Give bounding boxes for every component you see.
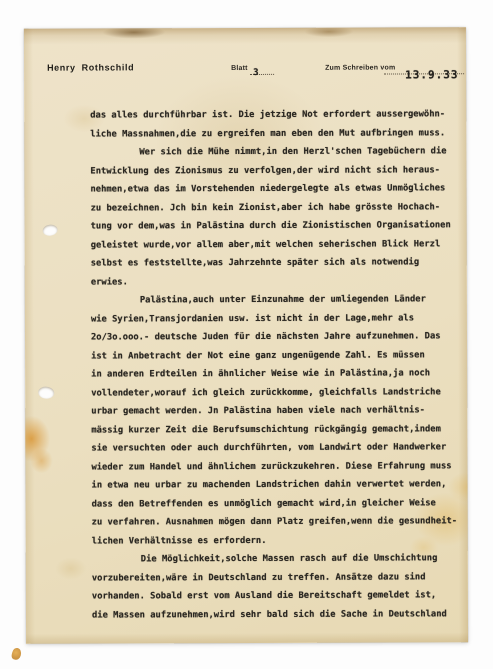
- text-line: zu bezeichnen. Jch bin kein Zionist,aber…: [91, 198, 463, 218]
- text-line: ist in Anbetracht der Not eine ganz unge…: [91, 346, 463, 366]
- text-line: das alles durchführbar ist. Die jetzige …: [90, 105, 462, 125]
- punch-hole-bottom: [38, 386, 55, 400]
- text-line: tung vor dem,was in Palästina durch die …: [91, 216, 463, 236]
- text-line: liche Massnahmen,die zu ergreifen man eb…: [90, 124, 462, 144]
- text-line: nehmen,etwa das im Vorstehenden niederge…: [90, 179, 462, 199]
- scan-artifact: [11, 647, 23, 661]
- text-line: selbst es feststellte,was Jahrzehnte spä…: [91, 253, 463, 273]
- text-line: mässig kurzer Zeit die Berufsumschichtun…: [91, 420, 463, 440]
- scan-background: Henry Rothschild Blatt 3 Zum Schreiben v…: [0, 0, 493, 669]
- text-line: wie Syrien,Transjordanien usw. ist nicht…: [91, 309, 463, 329]
- letter-page: Henry Rothschild Blatt 3 Zum Schreiben v…: [24, 27, 468, 644]
- letter-body: das alles durchführbar ist. Die jetzige …: [90, 105, 464, 624]
- text-line: erwies.: [91, 272, 463, 292]
- text-line: lichen Verhältnisse es erfordern.: [92, 531, 464, 551]
- text-line: urbar gemacht werden. Jn Palästina haben…: [91, 401, 463, 421]
- text-line: wieder zum Handel und ähnlichem zurückzu…: [91, 457, 463, 477]
- text-line: Die Möglichkeit,solche Massen rasch auf …: [92, 549, 464, 569]
- text-line: Entwicklung des Zionismus zu verfolgen,d…: [90, 161, 462, 181]
- text-line: vorhanden. Sobald erst vom Ausland die B…: [92, 586, 464, 606]
- text-line: vorzubereiten,wäre in Deutschland zu tre…: [92, 568, 464, 588]
- text-line: Wer sich die Mühe nimmt,in den Herzl'sch…: [90, 142, 462, 162]
- text-line: 2o/3o.ooo.- deutsche Juden für die nächs…: [91, 327, 463, 347]
- sheet-label: Blatt: [231, 65, 248, 72]
- text-line: vollendeter,worauf ich gleich zurückkomm…: [91, 383, 463, 403]
- text-line: Palästina,auch unter Einzunahme der umli…: [91, 290, 463, 310]
- text-line: dass den Betreffenden es unmöglich gemac…: [92, 494, 464, 514]
- text-line: zu verfahren. Ausnahmen mögen dann Platz…: [92, 512, 464, 532]
- text-line: in anderen Erdteilen in ähnlicher Weise …: [91, 364, 463, 384]
- text-line: die Massen aufzunehmen,wird sehr bald si…: [92, 605, 464, 625]
- date-value: 13.9.33: [405, 68, 458, 81]
- sheet-number: 3: [253, 68, 258, 78]
- punch-hole-top: [42, 224, 58, 237]
- letterhead-name: Henry Rothschild: [47, 62, 134, 72]
- text-line: sie versuchten oder auch durchführten, v…: [91, 438, 463, 458]
- text-line: in etwa neu urbar zu machenden Landstric…: [91, 475, 463, 495]
- text-line: geleistet wurde,vor allem aber,mit welch…: [91, 235, 463, 255]
